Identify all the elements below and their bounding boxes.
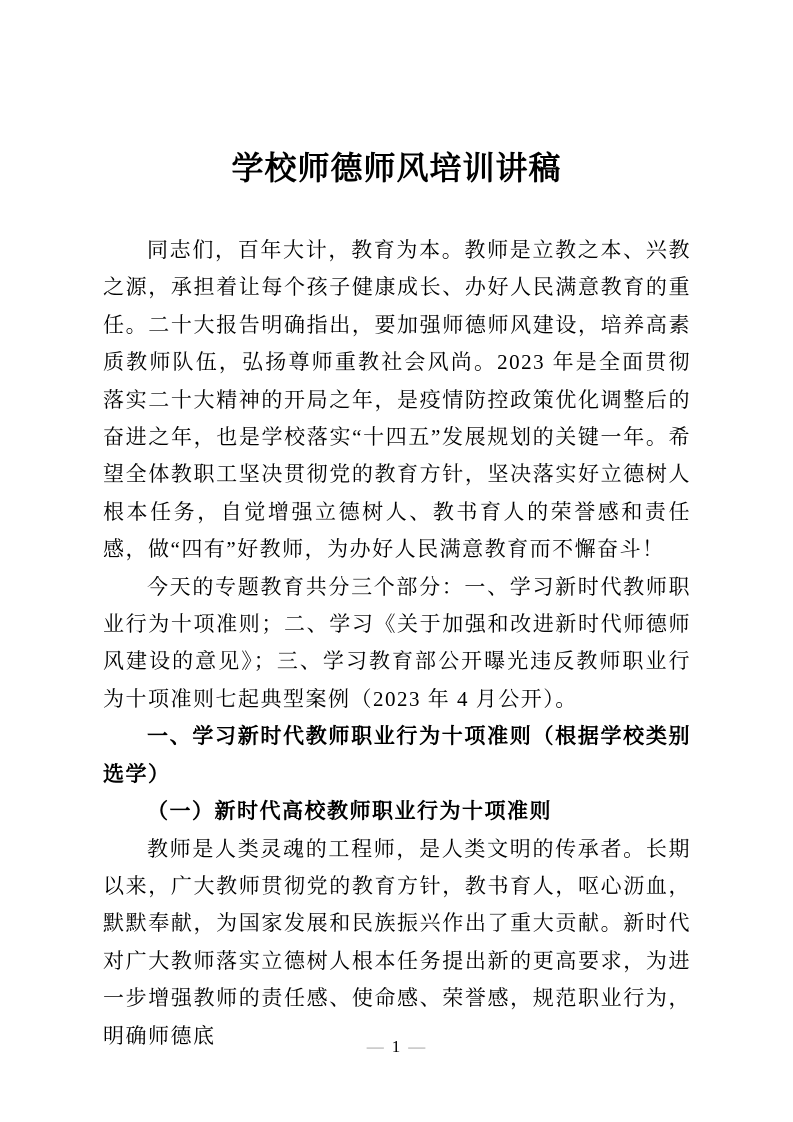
section-heading-1: 一、学习新时代教师职业行为十项准则（根据学校类别选学） <box>103 718 691 793</box>
page-footer: —1— <box>0 1036 793 1058</box>
document-title: 学校师德师风培训讲稿 <box>0 0 793 190</box>
paragraph-teachers: 教师是人类灵魂的工程师，是人类文明的传承者。长期以来，广大教师贯彻党的教育方针，… <box>103 831 691 1055</box>
footer-left-dash: — <box>360 1037 392 1056</box>
document-page: 学校师德师风培训讲稿 同志们，百年大计，教育为本。教师是立教之本、兴教之源，承担… <box>0 0 793 1122</box>
subsection-heading-1-1: （一）新时代高校教师职业行为十项准则 <box>103 793 691 830</box>
document-body: 同志们，百年大计，教育为本。教师是立教之本、兴教之源，承担着让每个孩子健康成长、… <box>0 232 793 1055</box>
page-number: 1 <box>392 1037 402 1056</box>
paragraph-intro: 同志们，百年大计，教育为本。教师是立教之本、兴教之源，承担着让每个孩子健康成长、… <box>103 232 691 569</box>
footer-right-dash: — <box>401 1037 433 1056</box>
paragraph-agenda: 今天的专题教育共分三个部分：一、学习新时代教师职业行为十项准则；二、学习《关于加… <box>103 569 691 719</box>
